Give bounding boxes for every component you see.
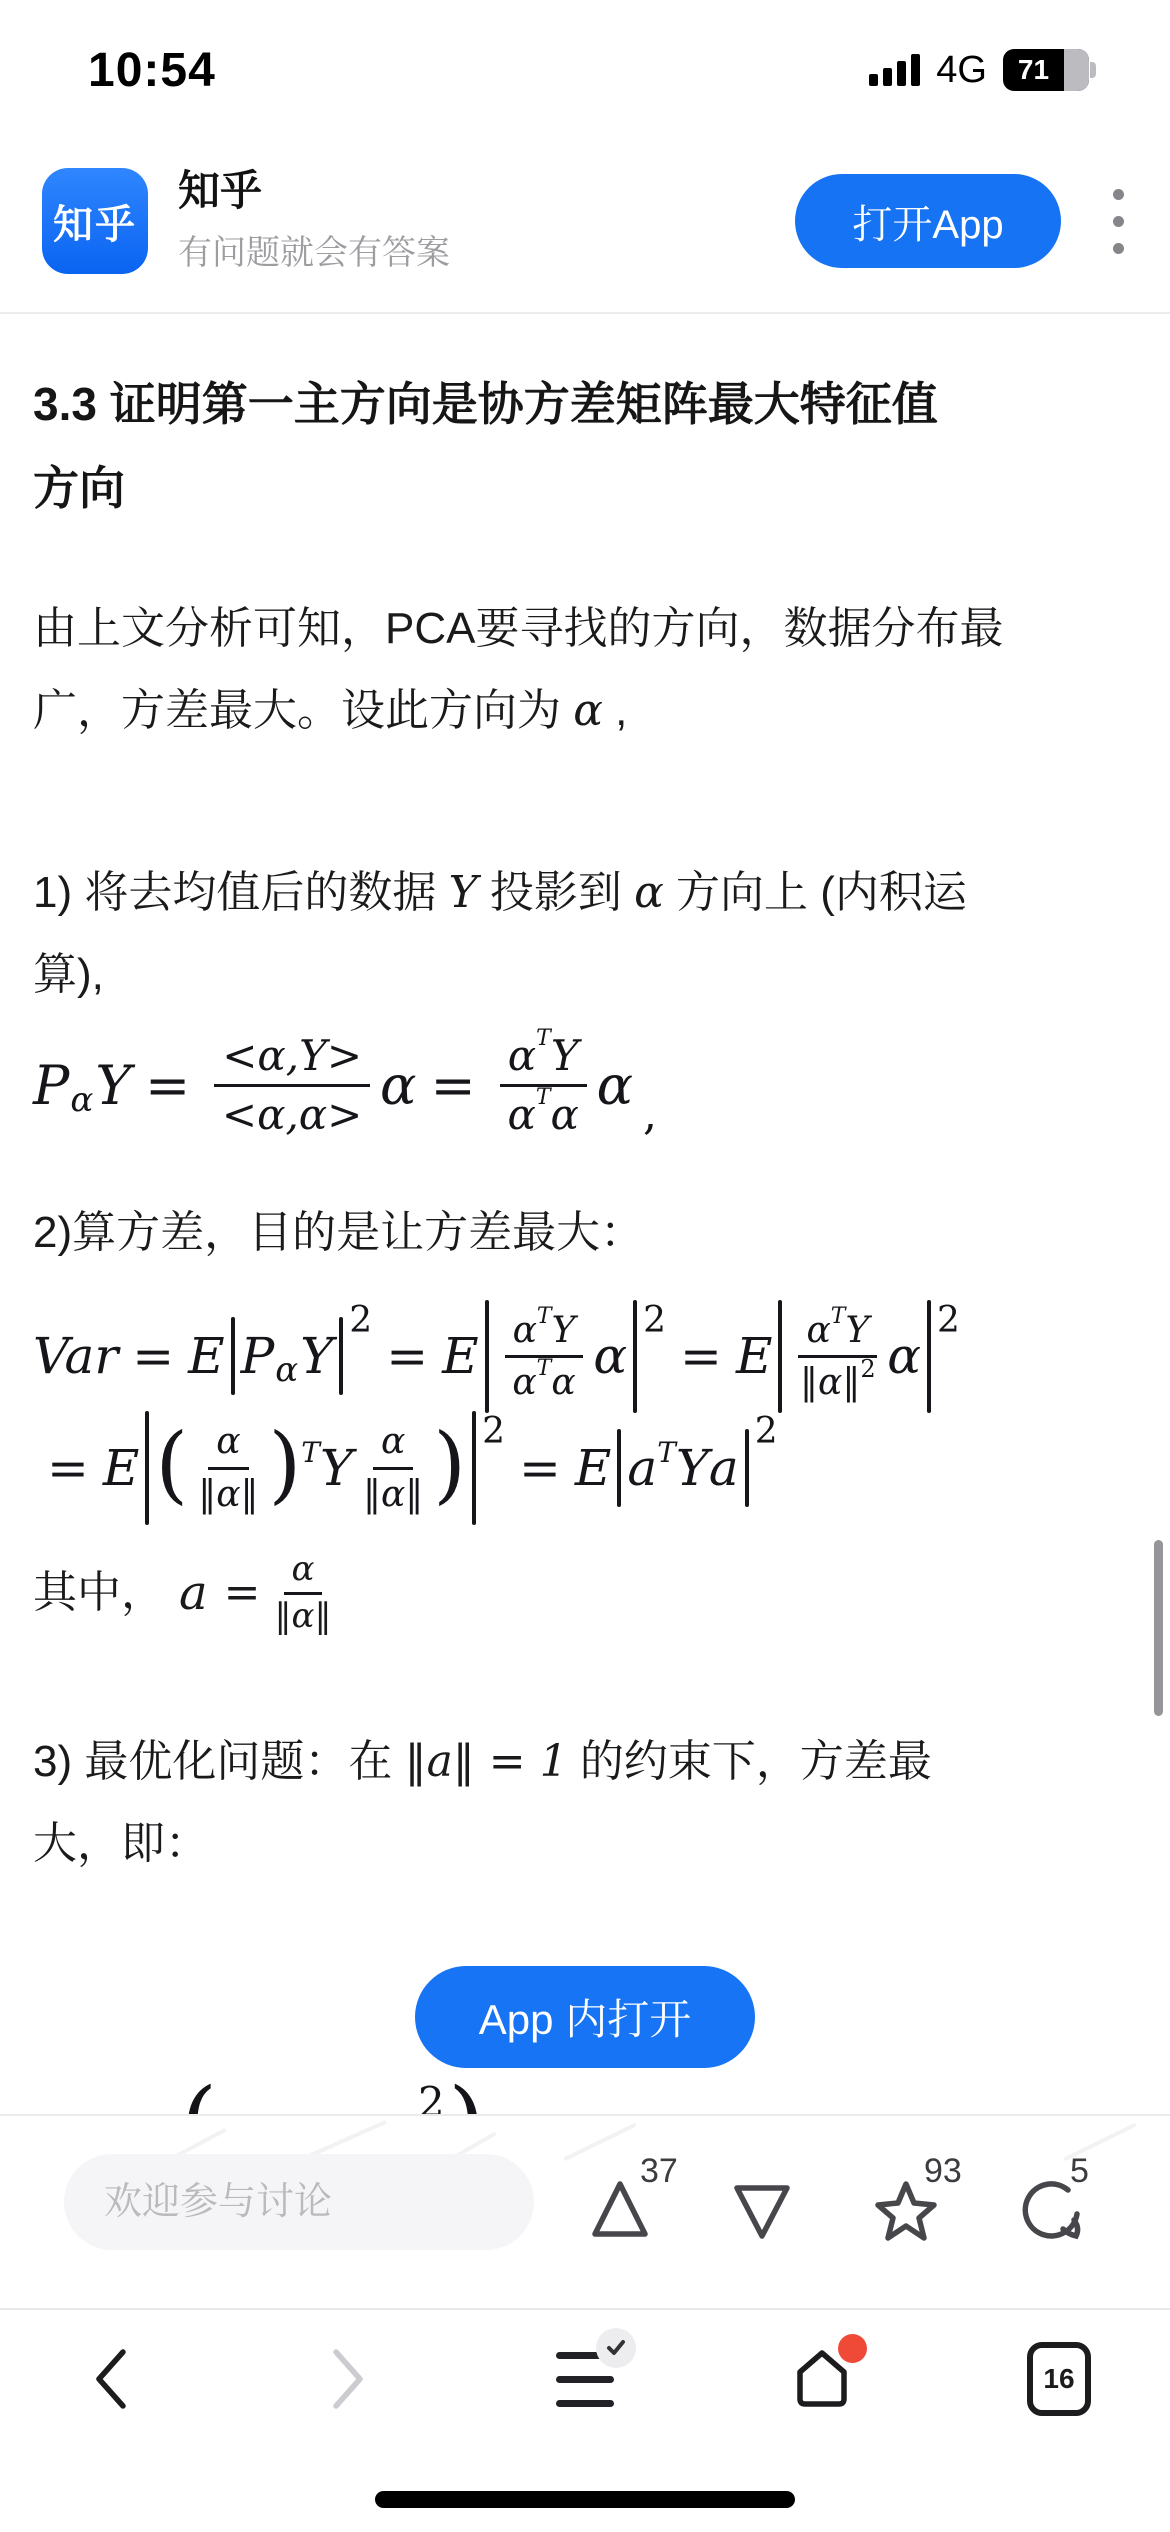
more-menu-button[interactable] [1107,183,1130,260]
app-title: 知乎 [178,168,450,214]
comment-button[interactable]: 5 [1018,2160,1088,2246]
abs-bar [633,1300,637,1414]
browser-nav-bar: 16 [0,2308,1170,2532]
paragraph-intro: 由上文分析可知，PCA要寻找的方向，数据分布最 广，方差最大。设此方向为 α , [33,588,1137,752]
open-in-app-button[interactable]: App 内打开 [415,1966,755,2068]
formula-variance-line2: = E ( α ‖α‖ ) T Y α ‖α‖ ) 2 = E a T Y [33,1421,1137,1515]
upvote-count: 37 [640,2152,678,2191]
upvote-button[interactable]: 37 [588,2160,658,2246]
tabs-icon: 16 [1027,2342,1091,2416]
abs-group: αTY ‖α‖2 α [772,1310,937,1404]
abs-bar [485,1300,489,1414]
downvote-button[interactable] [730,2160,800,2246]
scrollbar-thumb[interactable] [1154,1540,1163,1716]
forward-button[interactable] [315,2344,381,2414]
inline-math-Y: Y [449,867,478,918]
signal-strength-icon [869,54,920,86]
fraction: αTY αTα [500,1032,587,1140]
battery-icon: 71 [1003,49,1096,91]
battery-percent-label: 71 [1003,49,1064,91]
comment-count: 5 [1070,2152,1089,2191]
inline-math-a: a [179,1552,208,1634]
abs-group: a T Y a [611,1439,754,1497]
zhihu-logo: 知乎 [42,168,148,274]
fraction: <α,Y> <α,α> [214,1032,370,1140]
abs-group: PαY [225,1327,350,1385]
header-divider [0,312,1170,314]
triangle-down-icon [730,2176,794,2244]
star-count: 93 [924,2152,962,2191]
chevron-right-icon [328,2346,368,2412]
inline-math-constraint: ‖a‖ = 1 [405,1736,568,1787]
fraction: αTY ‖α‖2 [798,1310,877,1404]
article-content: 3.3 证明第一主方向是协方差矩阵最大特征值 方向 由上文分析可知，PCA要寻找… [33,350,1137,1885]
dot-icon [1113,216,1124,227]
status-bar: 10:54 4G 71 [0,38,1170,102]
abs-bar [617,1429,621,1507]
abs-bar [927,1300,931,1414]
fraction: α ‖α‖ [198,1421,258,1515]
paragraph-step3: 3) 最优化问题：在 ‖a‖ = 1 的约束下，方差最 大，即： [33,1721,1137,1885]
ghost-stroke [563,2123,637,2162]
comment-input[interactable] [64,2154,534,2250]
check-badge [596,2328,636,2368]
partial-formula: ( 2 ) [180,2080,520,2114]
formula-projection: PαY = <α,Y> <α,α> α = αTY αTα α , [33,1032,1137,1140]
paragraph-step1: 1) 将去均值后的数据 Y 投影到 α 方向上 (内积运 算), [33,852,1137,1016]
checkmark-icon [603,2335,629,2361]
paragraph-step2: 2)算方差，目的是让方差最大： [33,1192,1137,1274]
menu-button[interactable] [552,2344,618,2414]
logo-text: 知乎 [53,193,137,250]
open-app-button[interactable]: 打开App [795,174,1061,268]
paragraph-where: 其中， a = α ‖α‖ [33,1551,1137,1635]
network-type-label: 4G [936,49,987,92]
abs-bar [231,1317,235,1395]
app-subtitle: 有问题就会有答案 [178,225,450,274]
abs-bar [745,1429,749,1507]
fraction: α ‖α‖ [275,1551,332,1635]
dot-icon [1113,189,1124,200]
fraction: α ‖α‖ [363,1421,423,1515]
abs-bar [145,1411,149,1525]
inline-math-alpha: α [634,867,664,918]
section-heading: 3.3 证明第一主方向是协方差矩阵最大特征值 方向 [33,362,1137,530]
back-button[interactable] [78,2344,144,2414]
inline-math-alpha: α [573,685,603,736]
fraction: αTY αTα [505,1310,584,1404]
comment-bar: 37 93 5 [0,2114,1170,2308]
abs-bar [339,1317,343,1395]
formula-variance-line1: Var = E PαY 2 = E αTY αTα α 2 = E αTY ‖α… [33,1310,1137,1404]
abs-bar [472,1411,476,1525]
home-button[interactable] [789,2344,855,2414]
tabs-button[interactable]: 16 [1026,2344,1092,2414]
app-banner: 知乎 知乎 有问题就会有答案 打开App [42,158,1130,284]
abs-bar [778,1300,782,1414]
dot-icon [1113,243,1124,254]
notification-dot [838,2334,867,2363]
abs-group: αTY αTα α [479,1310,644,1404]
home-indicator[interactable] [375,2491,795,2508]
clock-label: 10:54 [88,43,216,98]
star-button[interactable]: 93 [872,2160,942,2246]
abs-group: ( α ‖α‖ ) T Y α ‖α‖ ) [139,1421,482,1515]
tab-count: 16 [1043,2363,1074,2395]
chevron-left-icon [91,2346,131,2412]
